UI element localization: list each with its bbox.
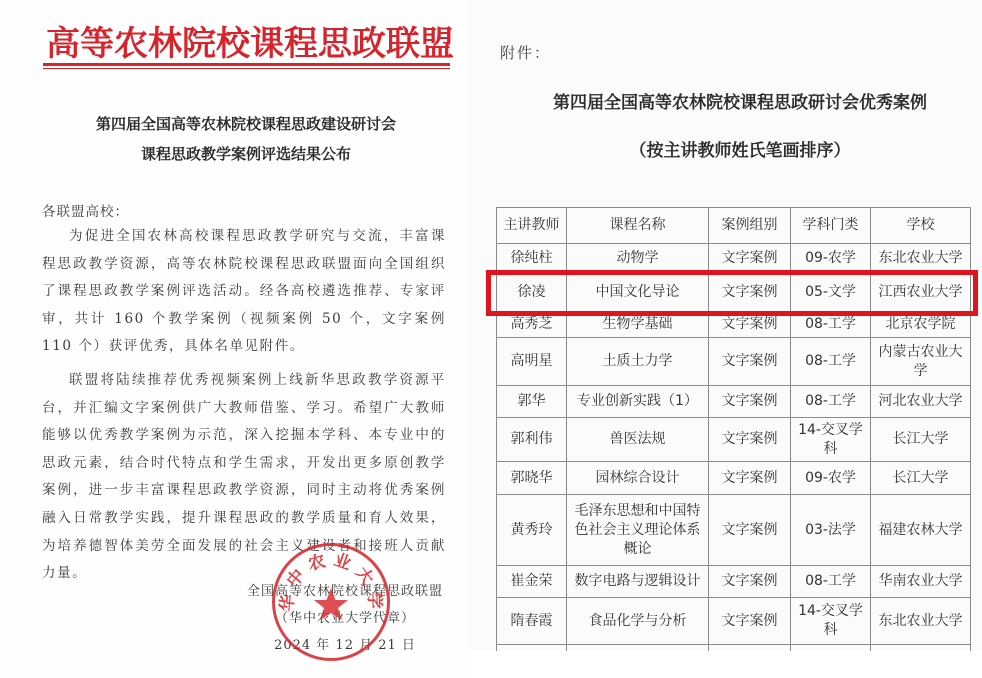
header-teacher: 主讲教师 (497, 208, 567, 244)
cell-course: 动物学 (567, 244, 709, 274)
cell-group: 文字案例 (709, 338, 791, 386)
cell-teacher: 郭华 (497, 386, 567, 418)
cell-school: 内蒙古农业大学 (871, 338, 971, 386)
notice-page: 高等农林院校课程思政联盟 第四届全国高等农林院校课程思政建设研讨会 课程思政教学… (0, 0, 470, 678)
cell-empty (709, 645, 791, 652)
signature-date: 2024 年 12 月 21 日 (235, 634, 455, 653)
cell-course: 毛泽东思想和中国特色社会主义理论体系概论 (567, 495, 709, 566)
cell-school: 福建农林大学 (871, 495, 971, 566)
cell-course: 土质土力学 (567, 338, 709, 386)
cell-school: 东北农业大学 (871, 598, 971, 645)
cell-group: 文字案例 (709, 418, 791, 462)
cell-teacher: 徐纯柱 (497, 244, 567, 274)
salutation: 各联盟高校： (42, 200, 129, 220)
attachment-title: 第四届全国高等农林院校课程思政研讨会优秀案例 (500, 88, 980, 113)
notice-title-line2: 课程思政教学案例评选结果公布 (40, 143, 452, 164)
attachment-label: 附件： (500, 42, 551, 63)
cell-group: 文字案例 (709, 244, 791, 274)
cell-school: 长江大学 (871, 462, 971, 495)
cell-discipline: 03-法学 (791, 495, 871, 566)
cell-group: 文字案例 (709, 598, 791, 645)
cell-school: 东北农业大学 (871, 244, 971, 274)
header-course: 课程名称 (567, 208, 709, 244)
table-row-cutoff (497, 645, 971, 652)
table-row: 隋春霞 食品化学与分析 文字案例 14-交叉学科 东北农业大学 (497, 598, 971, 645)
cell-teacher: 黄秀玲 (497, 495, 567, 566)
cell-group: 文字案例 (709, 566, 791, 598)
signature-organization: 全国高等农林院校课程思政联盟 (235, 580, 455, 599)
highlight-annotation-box (486, 270, 978, 316)
cell-group: 文字案例 (709, 386, 791, 418)
table-row: 郭利伟 兽医法规 文字案例 14-交叉学科 长江大学 (497, 418, 971, 462)
cell-empty (497, 645, 567, 652)
cases-table-viewport: 主讲教师 课程名称 案例组别 学科门类 学校 徐纯柱 动物学 文字案例 09-农… (480, 200, 982, 651)
cell-course: 数字电路与逻辑设计 (567, 566, 709, 598)
notice-paragraph-2: 联盟将陆续推荐优秀视频案例上线新华思政教学资源平台，并汇编文字案例供广大教师借鉴… (42, 367, 446, 588)
cell-discipline: 08-工学 (791, 386, 871, 418)
table-row: 郭晓华 园林综合设计 文字案例 09-农学 长江大学 (497, 462, 971, 495)
cell-teacher: 高明星 (497, 338, 567, 386)
cell-group: 文字案例 (709, 462, 791, 495)
signature-note: （华中农业大学代章） (235, 607, 455, 626)
cell-course: 兽医法规 (567, 418, 709, 462)
cell-empty (567, 645, 709, 652)
table-row: 崔金荣 数字电路与逻辑设计 文字案例 08-工学 华南农业大学 (497, 566, 971, 598)
cell-discipline: 14-交叉学科 (791, 418, 871, 462)
masthead-rule-thin (43, 68, 450, 69)
cell-teacher: 郭利伟 (497, 418, 567, 462)
cell-discipline: 09-农学 (791, 462, 871, 495)
masthead-rule-thick (43, 63, 450, 66)
cell-empty (791, 645, 871, 652)
cell-empty (871, 645, 971, 652)
notice-paragraph-1: 为促进全国农林高校课程思政教学研究与交流，丰富课程思政教学资源，高等农林院校课程… (42, 223, 446, 361)
header-school: 学校 (871, 208, 971, 244)
cell-discipline: 14-交叉学科 (791, 598, 871, 645)
cell-school: 河北农业大学 (871, 386, 971, 418)
table-header-row: 主讲教师 课程名称 案例组别 学科门类 学校 (497, 208, 971, 244)
table-row: 黄秀玲 毛泽东思想和中国特色社会主义理论体系概论 文字案例 03-法学 福建农林… (497, 495, 971, 566)
cell-discipline: 08-工学 (791, 338, 871, 386)
cell-course: 专业创新实践（1） (567, 386, 709, 418)
cell-school: 华南农业大学 (871, 566, 971, 598)
cell-course: 食品化学与分析 (567, 598, 709, 645)
cell-discipline: 09-农学 (791, 244, 871, 274)
cell-course: 园林综合设计 (567, 462, 709, 495)
table-row: 高明星 土质土力学 文字案例 08-工学 内蒙古农业大学 (497, 338, 971, 386)
header-discipline: 学科门类 (791, 208, 871, 244)
cell-group: 文字案例 (709, 495, 791, 566)
notice-title-line1: 第四届全国高等农林院校课程思政建设研讨会 (40, 113, 452, 134)
cell-teacher: 崔金荣 (497, 566, 567, 598)
attachment-subtitle: （按主讲教师姓氏笔画排序） (500, 136, 980, 161)
masthead-title: 高等农林院校课程思政联盟 (40, 24, 460, 64)
cell-school: 长江大学 (871, 418, 971, 462)
cell-discipline: 08-工学 (791, 566, 871, 598)
table-row: 郭华 专业创新实践（1） 文字案例 08-工学 河北农业大学 (497, 386, 971, 418)
cell-teacher: 郭晓华 (497, 462, 567, 495)
cell-teacher: 隋春霞 (497, 598, 567, 645)
table-row: 徐纯柱 动物学 文字案例 09-农学 东北农业大学 (497, 244, 971, 274)
header-group: 案例组别 (709, 208, 791, 244)
